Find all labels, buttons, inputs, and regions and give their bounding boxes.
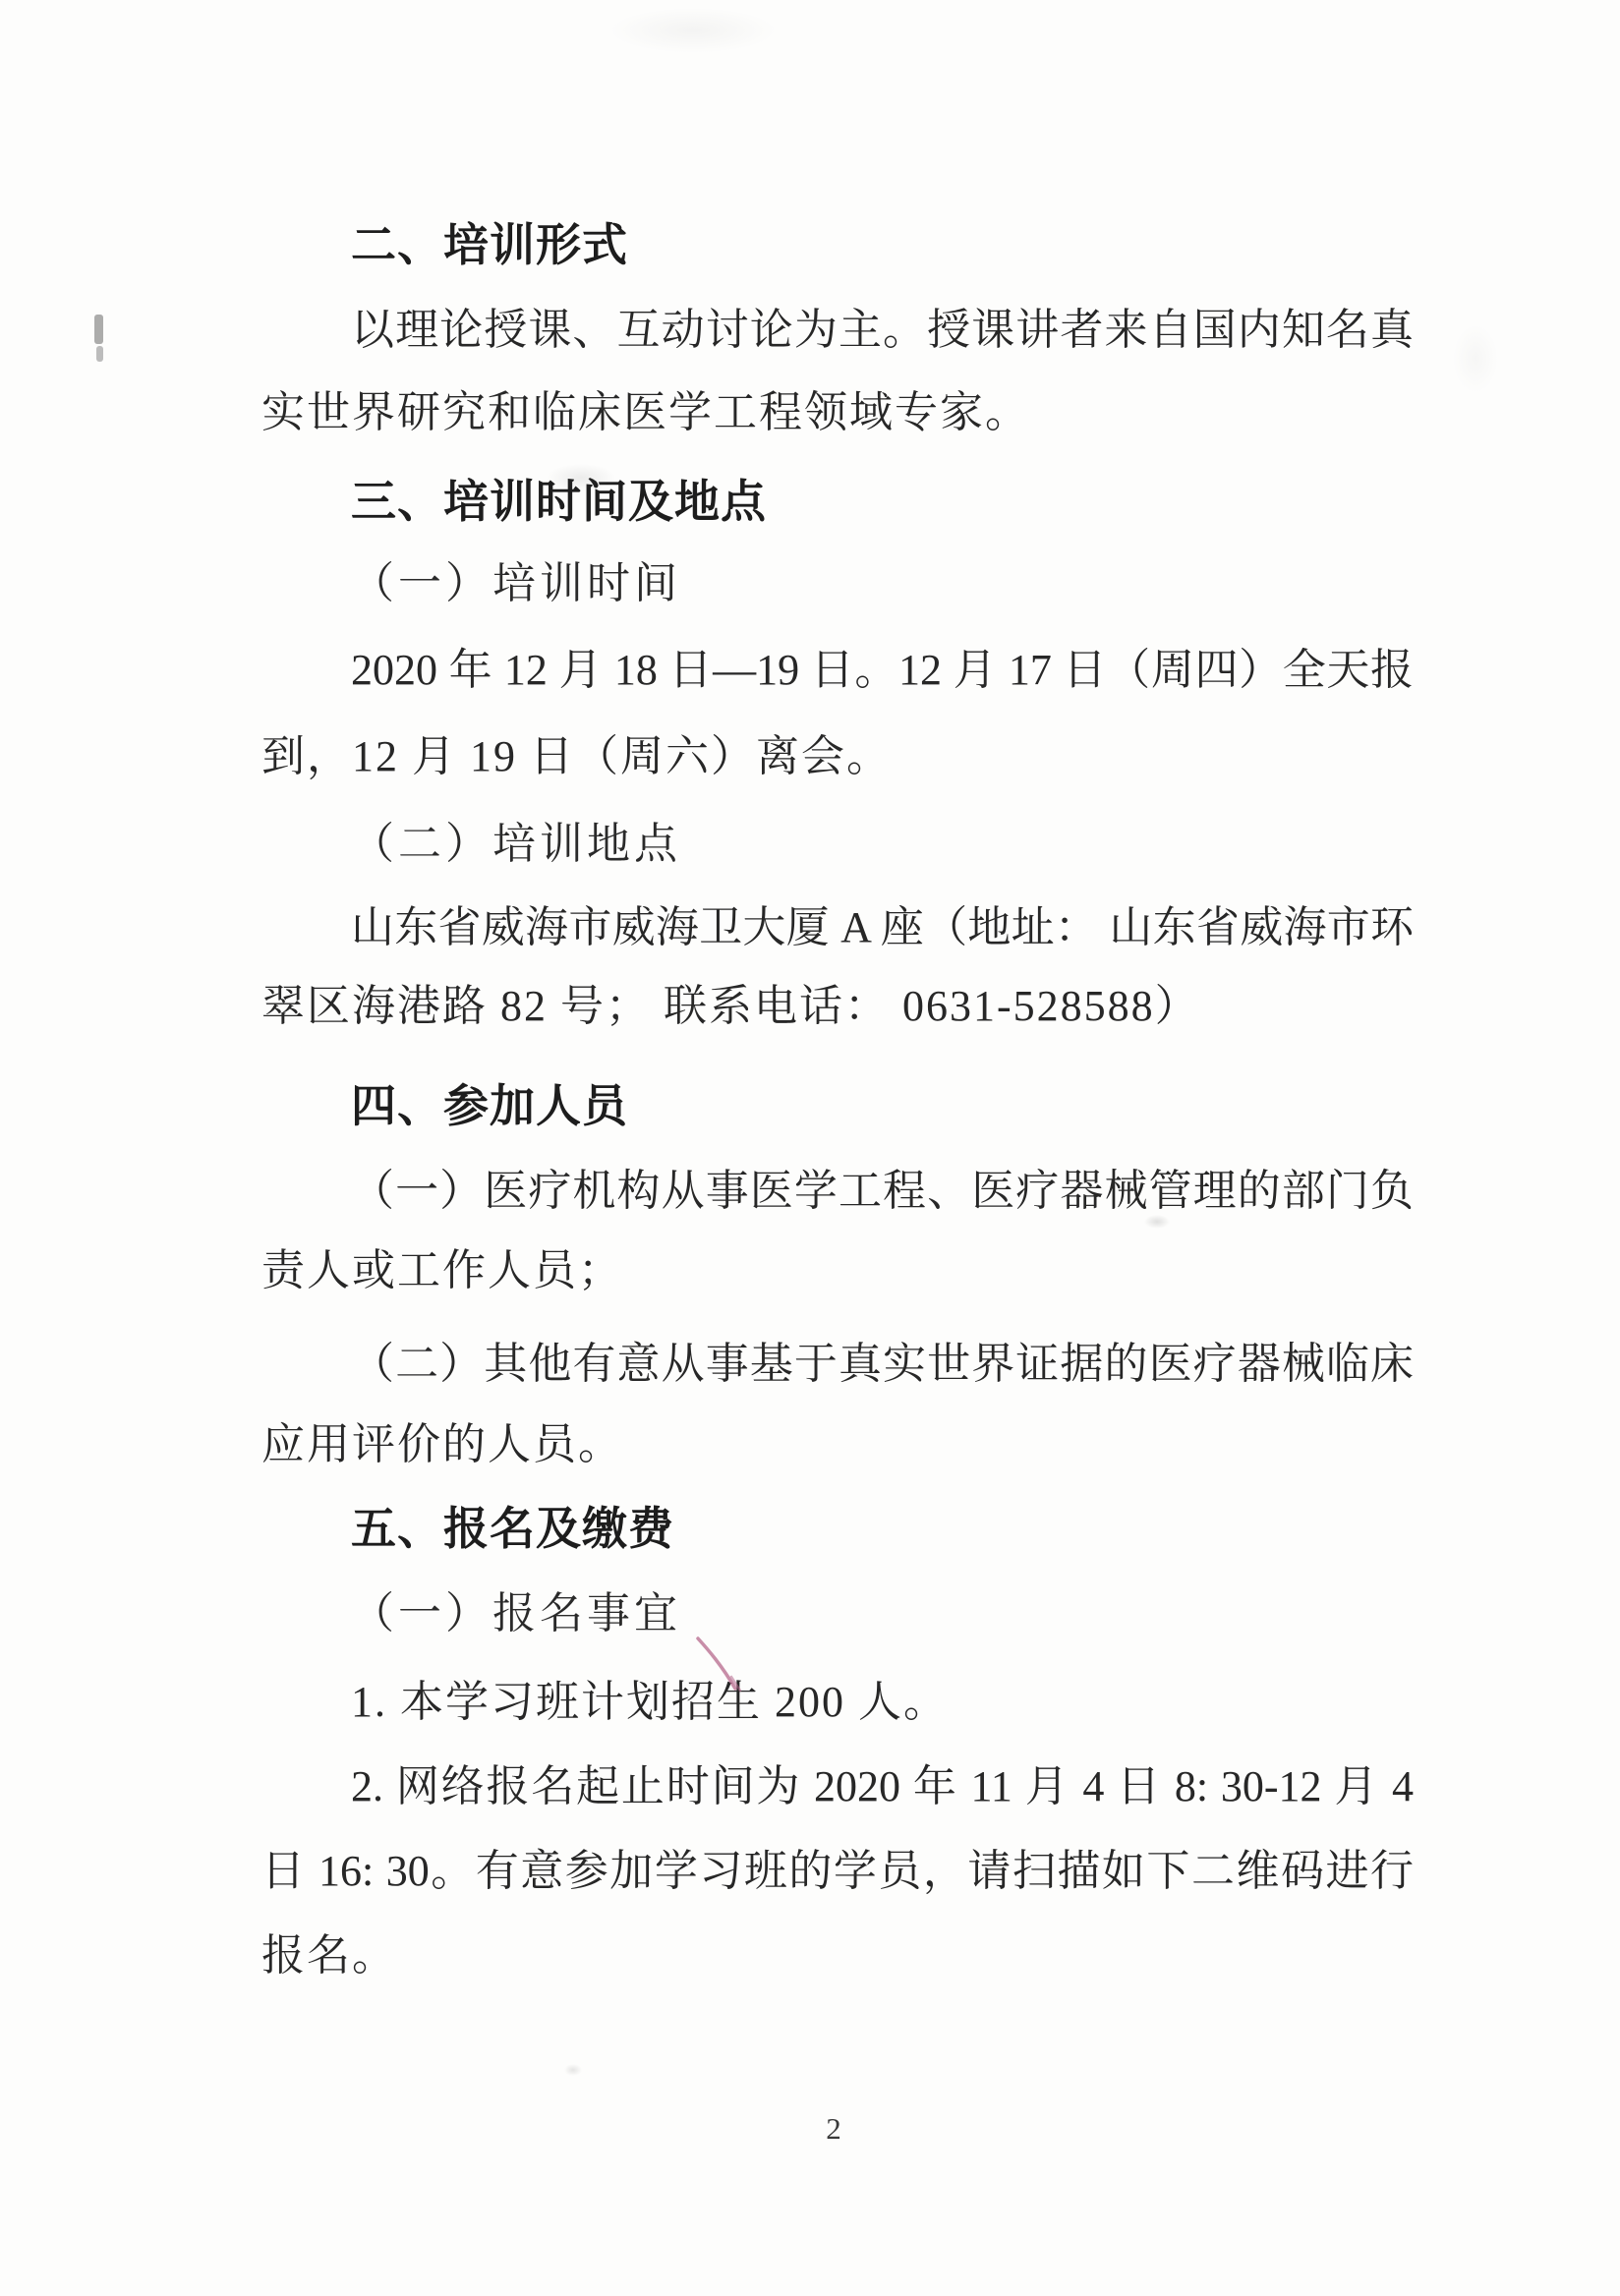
paragraph-line: 报名。 (261, 1930, 397, 1981)
pen-stroke (698, 1638, 735, 1689)
scan-artifact (609, 8, 777, 53)
pen-mark-annotation (684, 1634, 767, 1700)
scan-artifact (564, 2064, 582, 2076)
scan-artifact (1144, 1215, 1170, 1229)
subsection-heading-training-time: （一）培训时间 (351, 558, 681, 609)
paragraph-line: 1. 本学习班计划招生 200 人。 (351, 1677, 949, 1728)
scan-artifact (94, 315, 103, 344)
paragraph-line: 翠区海港路 82 号； 联系电话： 0631-528588） (261, 981, 1200, 1032)
page-number: 2 (806, 2111, 861, 2147)
scan-artifact (1453, 324, 1498, 393)
paragraph-line: 到，12 月 19 日（周六）离会。 (261, 731, 892, 782)
paragraph-line: 实世界研究和临床医学工程领域专家。 (261, 387, 1030, 438)
paragraph-line: 2. 网络报名起止时间为 2020 年 11 月 4 日 8: 30-12 月 … (261, 1761, 1414, 1812)
scanned-document-page: 二、培训形式 以理论授课、互动讨论为主。授课讲者来自国内知名真 实世界研究和临床… (0, 0, 1620, 2296)
subsection-heading-training-location: （二）培训地点 (351, 819, 681, 870)
section-heading-5-registration-and-payment: 五、报名及缴费 (351, 1503, 674, 1554)
paragraph-line: 日 16: 30。有意参加学习班的学员，请扫描如下二维码进行 (261, 1846, 1414, 1897)
paragraph-line: 2020 年 12 月 18 日—19 日。12 月 17 日（周四）全天报 (261, 645, 1414, 696)
paragraph-line: 山东省威海市威海卫大厦 A 座（地址： 山东省威海市环 (261, 902, 1414, 953)
section-heading-3-time-and-location: 三、培训时间及地点 (351, 476, 767, 527)
paragraph-line: 应用评价的人员。 (261, 1419, 623, 1470)
section-heading-2-training-format: 二、培训形式 (351, 219, 628, 270)
paragraph-line: （二）其他有意从事基于真实世界证据的医疗器械临床 (261, 1339, 1414, 1390)
subsection-heading-registration-matters: （一）报名事宜 (351, 1588, 681, 1639)
section-heading-4-participants: 四、参加人员 (351, 1080, 628, 1131)
paragraph-line: 责人或工作人员； (261, 1245, 623, 1296)
paragraph-line: （一）医疗机构从事医学工程、医疗器械管理的部门负 (261, 1166, 1414, 1217)
paragraph-line: 以理论授课、互动讨论为主。授课讲者来自国内知名真 (261, 305, 1414, 356)
scan-artifact (96, 346, 103, 362)
